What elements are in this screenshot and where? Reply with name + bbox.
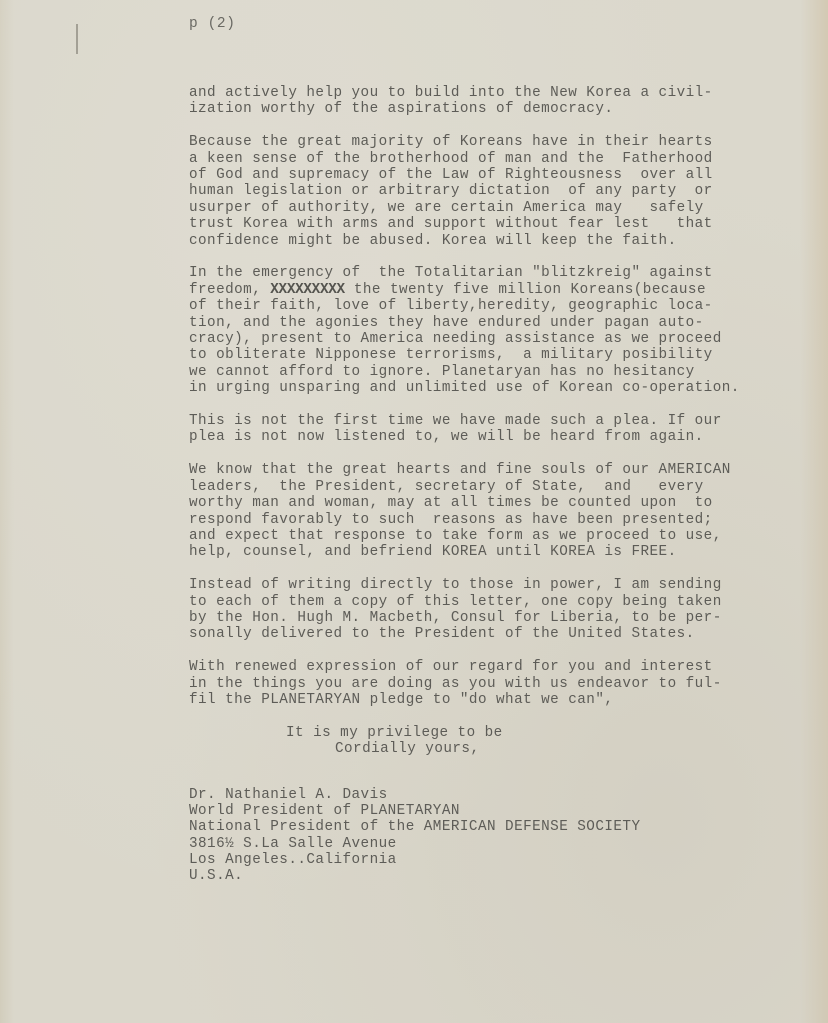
paragraph-6: Instead of writing directly to those in … (189, 577, 809, 643)
text-line: In the emergency of the Totalitarian "bl… (189, 265, 809, 281)
address-city: Los Angeles..California (189, 852, 640, 868)
text-line: Because the great majority of Koreans ha… (189, 134, 809, 150)
signatory-title: World President of PLANETARYAN (189, 803, 640, 819)
text-line: leaders, the President, secretary of Sta… (189, 479, 809, 495)
paragraph-7: With renewed expression of our regard fo… (189, 659, 809, 708)
text-line: cracy), present to America needing assis… (189, 331, 809, 347)
text-segment: the twenty five million Koreans(because (354, 282, 706, 298)
letter-body: and actively help you to build into the … (189, 85, 809, 758)
page-number: p (2) (189, 16, 236, 32)
text-line: We know that the great hearts and fine s… (189, 462, 809, 478)
text-line: respond favorably to such reasons as hav… (189, 512, 809, 528)
text-line: confidence might be abused. Korea will k… (189, 233, 809, 249)
text-line: trust Korea with arms and support withou… (189, 216, 809, 232)
text-line: to obliterate Nipponese terrorisms, a mi… (189, 347, 809, 363)
text-line: of God and supremacy of the Law of Right… (189, 167, 809, 183)
text-line: to each of them a copy of this letter, o… (189, 594, 809, 610)
paragraph-1: and actively help you to build into the … (189, 85, 809, 118)
signatory-title: National President of the AMERICAN DEFEN… (189, 819, 640, 835)
closing: It is my privilege to be Cordially yours… (189, 725, 809, 758)
text-line: in urging unsparing and unlimited use of… (189, 380, 809, 396)
typed-strikeout: XXXXXXXXX (270, 282, 345, 298)
text-line: tion, and the agonies they have endured … (189, 315, 809, 331)
paragraph-3: In the emergency of the Totalitarian "bl… (189, 265, 809, 396)
text-line: plea is not now listened to, we will be … (189, 429, 809, 445)
margin-pencil-mark (76, 24, 78, 54)
text-line-with-strikeout: freedom, XXXXXXXXX the twenty five milli… (189, 282, 809, 298)
closing-salutation: Cordially yours, (189, 741, 809, 757)
text-line: human legislation or arbitrary dictation… (189, 183, 809, 199)
closing-line: It is my privilege to be (189, 725, 809, 741)
text-line: With renewed expression of our regard fo… (189, 659, 809, 675)
text-line: in the things you are doing as you with … (189, 676, 809, 692)
paragraph-4: This is not the first time we have made … (189, 413, 809, 446)
text-line: usurper of authority, we are certain Ame… (189, 200, 809, 216)
address-country: U.S.A. (189, 868, 640, 884)
address-street: 3816½ S.La Salle Avenue (189, 836, 640, 852)
text-line: a keen sense of the brotherhood of man a… (189, 151, 809, 167)
signatory-name: Dr. Nathaniel A. Davis (189, 787, 640, 803)
text-line: sonally delivered to the President of th… (189, 626, 809, 642)
typed-letter-page: p (2) and actively help you to build int… (0, 0, 828, 1023)
text-line: ization worthy of the aspirations of dem… (189, 101, 809, 117)
paragraph-2: Because the great majority of Koreans ha… (189, 134, 809, 249)
text-line: This is not the first time we have made … (189, 413, 809, 429)
text-line: we cannot afford to ignore. Planetaryan … (189, 364, 809, 380)
text-line: help, counsel, and befriend KOREA until … (189, 544, 809, 560)
text-line: Instead of writing directly to those in … (189, 577, 809, 593)
paragraph-5: We know that the great hearts and fine s… (189, 462, 809, 560)
text-line: and actively help you to build into the … (189, 85, 809, 101)
text-segment: freedom, (189, 282, 261, 298)
signature-block: Dr. Nathaniel A. Davis World President o… (189, 787, 640, 884)
text-line: and expect that response to take form as… (189, 528, 809, 544)
text-line: fil the PLANETARYAN pledge to "do what w… (189, 692, 809, 708)
text-line: of their faith, love of liberty,heredity… (189, 298, 809, 314)
text-line: by the Hon. Hugh M. Macbeth, Consul for … (189, 610, 809, 626)
text-line: worthy man and woman, may at all times b… (189, 495, 809, 511)
